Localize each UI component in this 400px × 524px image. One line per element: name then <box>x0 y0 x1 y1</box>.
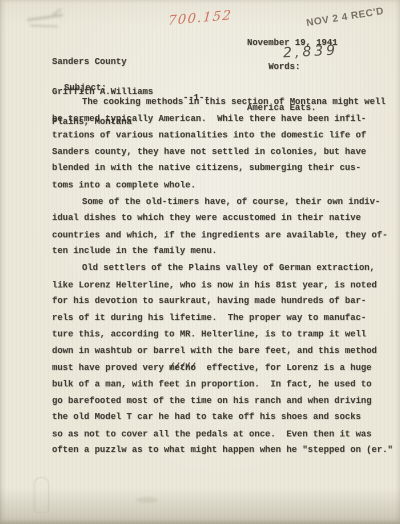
text-segment: The cooking methods in this section of M… <box>82 97 386 107</box>
text-segment: down in washtub or barrel with the bare … <box>52 346 377 356</box>
document-body: The cooking methods in this section of M… <box>52 94 397 459</box>
text-segment: for his devotion to saurkraut, having ma… <box>52 296 366 306</box>
subject-label: Subject: <box>64 83 107 93</box>
text-segment: often a puzzlw as to what might happen w… <box>52 445 393 455</box>
body-line: ten include in the family menu. <box>52 243 397 260</box>
body-line: so as not to cover all the pedals at onc… <box>52 426 397 443</box>
text-segment: effective, for Lorenz is a huge <box>196 363 372 373</box>
body-line: go barefooted most of the time on his ra… <box>52 393 397 410</box>
body-line: for his devotion to saurkraut, having ma… <box>52 293 397 310</box>
body-line: like Lorenz Helterline, who is now in hi… <box>52 277 397 294</box>
text-segment: like Lorenz Helterline, who is now in hi… <box>52 280 377 290</box>
body-line: the old Model T car he had to take off h… <box>52 409 397 426</box>
body-line: down in washtub or barrel with the bare … <box>52 343 397 360</box>
text-segment: rels of it during his lifetime. The prop… <box>52 313 366 323</box>
sender-county: Sanders County <box>52 57 153 67</box>
received-date-stamp: NOV 2 4 REC'D <box>306 6 385 29</box>
text-segment: ture this, according to MR. Helterline, … <box>52 330 366 340</box>
text-segment: countries and which, if the ingredients … <box>52 230 388 240</box>
body-line: bulk of a man, with feet in proportion. … <box>52 376 397 393</box>
body-line: often a puzzlw as to what might happen w… <box>52 442 397 459</box>
text-segment: the old Model T car he had to take off h… <box>52 412 361 422</box>
body-line: must have proved very metho effective, f… <box>52 360 397 377</box>
body-line: toms into a complete whole. <box>52 177 397 194</box>
text-segment: go barefooted most of the time on his ra… <box>52 396 372 406</box>
pencil-smudge <box>30 25 58 28</box>
text-segment: Sanders county, they have not settled in… <box>52 147 366 157</box>
text-segment: blended in with the native citizens, sub… <box>52 163 361 173</box>
document-page: 700.152 NOV 2 4 REC'D Sanders County Gri… <box>0 0 400 524</box>
body-line: Sanders county, they have not settled in… <box>52 144 397 161</box>
body-line: rels of it during his lifetime. The prop… <box>52 310 397 327</box>
body-line: blended in with the native citizens, sub… <box>52 160 397 177</box>
body-line: be termed typically American. While ther… <box>52 111 397 128</box>
text-segment: so as not to cover all the pedals at onc… <box>52 429 372 439</box>
text-segment: ten include in the family menu. <box>52 246 217 256</box>
text-segment: trations of various nationalities into t… <box>52 131 366 141</box>
bottom-smudge <box>136 497 158 503</box>
body-line: idual dishes to which they were accustom… <box>52 210 397 227</box>
text-segment: be termed typically American. While ther… <box>52 114 366 124</box>
body-line: countries and which, if the ingredients … <box>52 227 397 244</box>
body-line: ture this, according to MR. Helterline, … <box>52 327 397 344</box>
file-number-annotation: 700.152 <box>167 8 232 29</box>
text-segment: toms into a complete whole. <box>52 180 196 190</box>
text-segment: Old settlers of the Plains valley of Ger… <box>82 263 375 273</box>
pencil-smudge <box>27 14 63 22</box>
paperclip-impression <box>34 477 49 513</box>
subject-row: Subject: --1-- America Eats. <box>0 73 400 85</box>
body-line: The cooking methods in this section of M… <box>52 94 397 111</box>
text-segment: Some of the old-timers have, of course, … <box>82 197 380 207</box>
word-count-handwritten: 2,839 <box>283 43 339 62</box>
text-segment: idual dishes to which they were accustom… <box>52 213 361 223</box>
struck-word: metho <box>169 360 196 377</box>
words-label: Words: <box>268 62 300 72</box>
text-segment: must have proved very <box>52 363 169 373</box>
body-line: Some of the old-timers have, of course, … <box>52 194 397 211</box>
body-line: Old settlers of the Plains valley of Ger… <box>52 260 397 277</box>
body-line: trations of various nationalities into t… <box>52 128 397 145</box>
text-segment: bulk of a man, with feet in proportion. … <box>52 379 372 389</box>
